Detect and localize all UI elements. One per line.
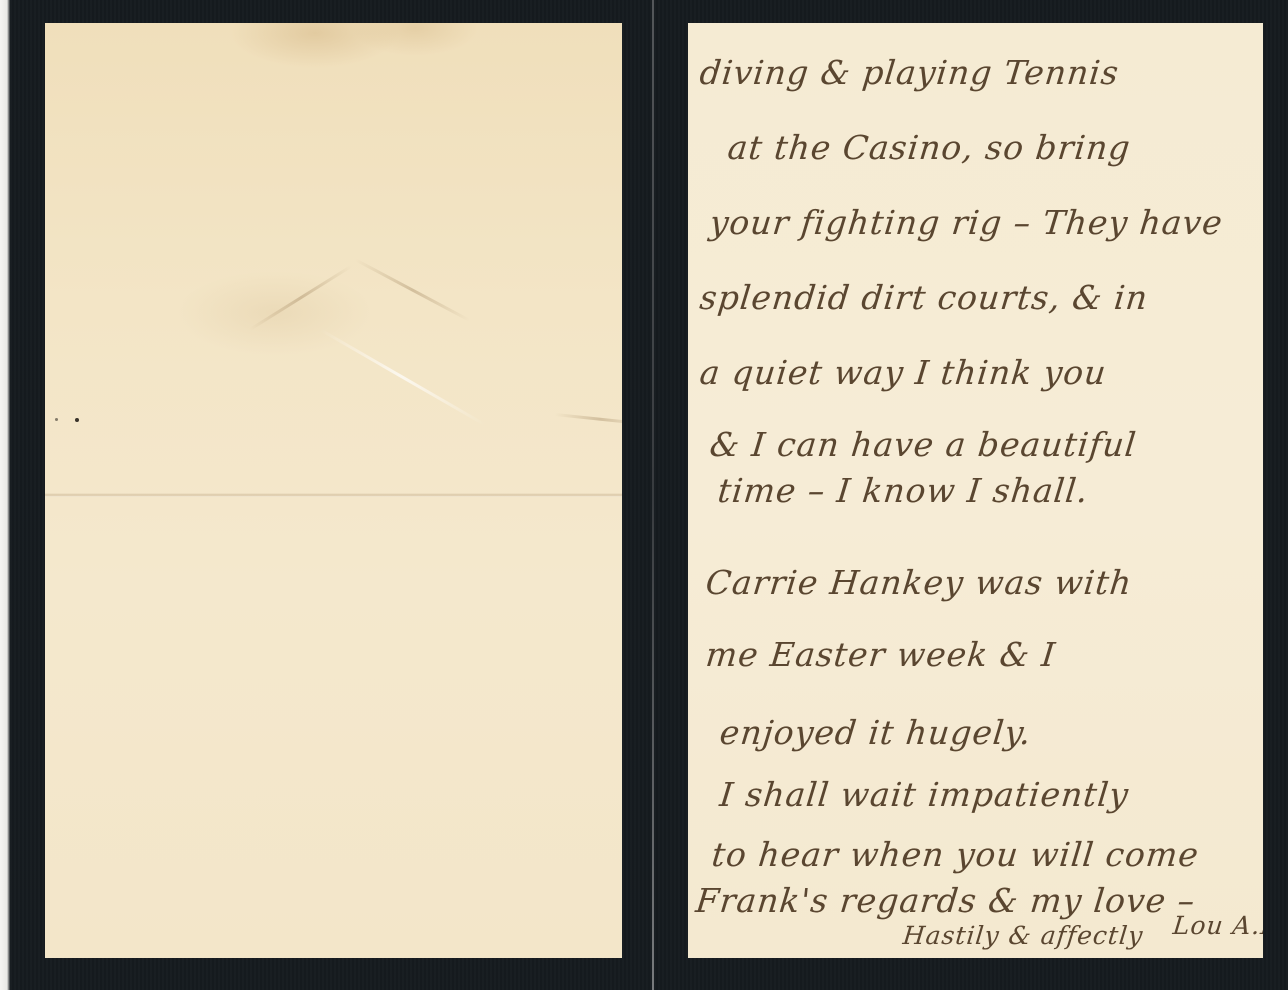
letter-line: me Easter week & I — [704, 635, 1058, 674]
scan-edge — [0, 0, 10, 990]
paper-crease — [319, 328, 485, 426]
left-page — [45, 23, 622, 958]
center-fold-line — [652, 0, 654, 990]
letter-line: Carrie Hankey was with — [704, 563, 1134, 602]
paper-stain — [555, 413, 622, 425]
horizontal-fold-crease — [45, 493, 622, 497]
letter-line: splendid dirt courts, & in — [698, 278, 1150, 317]
letter-line: your fighting rig – They have — [708, 203, 1225, 242]
letter-line: & I can have a beautiful — [708, 425, 1139, 464]
right-page: diving & playing Tennis at the Casino, s… — [688, 23, 1263, 958]
paper-stain — [354, 258, 470, 322]
letter-line: diving & playing Tennis — [698, 53, 1121, 92]
ink-speck — [55, 418, 58, 421]
letter-line: enjoyed it hugely. — [718, 713, 1034, 752]
letter-line: Frank's regards & my love – — [694, 881, 1198, 920]
letter-line: to hear when you will come — [710, 835, 1201, 874]
letter-closing: Hastily & affectly — [901, 921, 1144, 950]
letter-line: a quiet way I think you — [698, 353, 1109, 392]
letter-line: I shall wait impatiently — [718, 775, 1131, 814]
letter-body: diving & playing Tennis at the Casino, s… — [688, 23, 1263, 958]
letter-line: at the Casino, so bring — [726, 128, 1133, 167]
letter-line: time – I know I shall. — [716, 471, 1091, 510]
letter-signature: Lou A.R. – — [1171, 911, 1263, 940]
ink-speck — [75, 418, 79, 422]
paper-stain — [249, 265, 352, 331]
